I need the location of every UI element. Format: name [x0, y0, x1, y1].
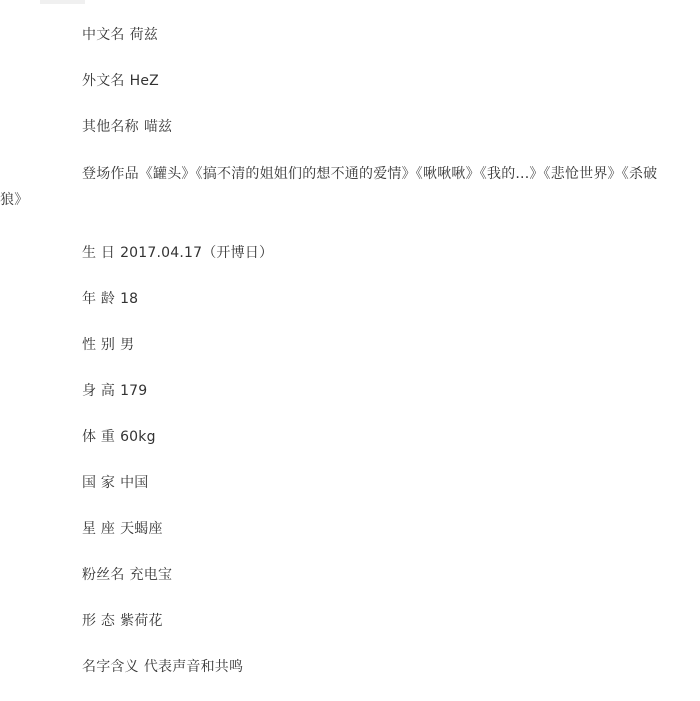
field-label: 星 座 [82, 521, 115, 537]
top-edge-remnant [40, 0, 85, 4]
field-age: 年 龄18 [0, 286, 668, 312]
field-gender: 性 别男 [0, 332, 668, 358]
field-label: 中文名 [82, 27, 125, 43]
field-label: 其他名称 [82, 119, 139, 135]
field-label: 体 重 [82, 429, 115, 445]
field-label: 登场作品 [82, 166, 139, 182]
field-value: 男 [120, 337, 134, 353]
field-label: 粉丝名 [82, 567, 125, 583]
field-label: 外文名 [82, 73, 125, 89]
field-foreign-name: 外文名HeZ [0, 68, 668, 94]
field-label: 国 家 [82, 475, 115, 491]
field-value: HeZ [130, 73, 159, 89]
field-form: 形 态紫荷花 [0, 608, 668, 634]
field-label: 年 龄 [82, 291, 115, 307]
field-birthday: 生 日2017.04.17（开博日） [0, 240, 668, 266]
field-height: 身 高179 [0, 378, 668, 404]
field-value: 2017.04.17（开博日） [120, 245, 273, 261]
field-zodiac: 星 座天蝎座 [0, 516, 668, 542]
field-value: 天蝎座 [120, 521, 163, 537]
field-label: 形 态 [82, 613, 115, 629]
field-label: 性 别 [82, 337, 115, 353]
field-value: 中国 [120, 475, 148, 491]
field-label: 身 高 [82, 383, 115, 399]
field-value: 充电宝 [130, 567, 173, 583]
field-value: 179 [120, 383, 147, 399]
field-value: 60kg [120, 429, 156, 445]
field-value: 喵兹 [144, 119, 172, 135]
field-fan-name: 粉丝名充电宝 [0, 562, 668, 588]
field-value: 荷兹 [130, 27, 158, 43]
field-value: 代表声音和共鸣 [144, 659, 243, 675]
field-label: 生 日 [82, 245, 115, 261]
field-chinese-name: 中文名荷兹 [0, 22, 668, 48]
field-value: 紫荷花 [120, 613, 163, 629]
field-other-name: 其他名称喵兹 [0, 114, 668, 140]
field-works: 登场作品《罐头》《搞不清的姐姐们的想不通的爱情》《啾啾啾》《我的...》《悲怆世… [0, 161, 668, 213]
field-country: 国 家中国 [0, 470, 668, 496]
field-name-meaning: 名字含义代表声音和共鸣 [0, 654, 668, 680]
field-value: 18 [120, 291, 138, 307]
field-label: 名字含义 [82, 659, 139, 675]
field-weight: 体 重60kg [0, 424, 668, 450]
